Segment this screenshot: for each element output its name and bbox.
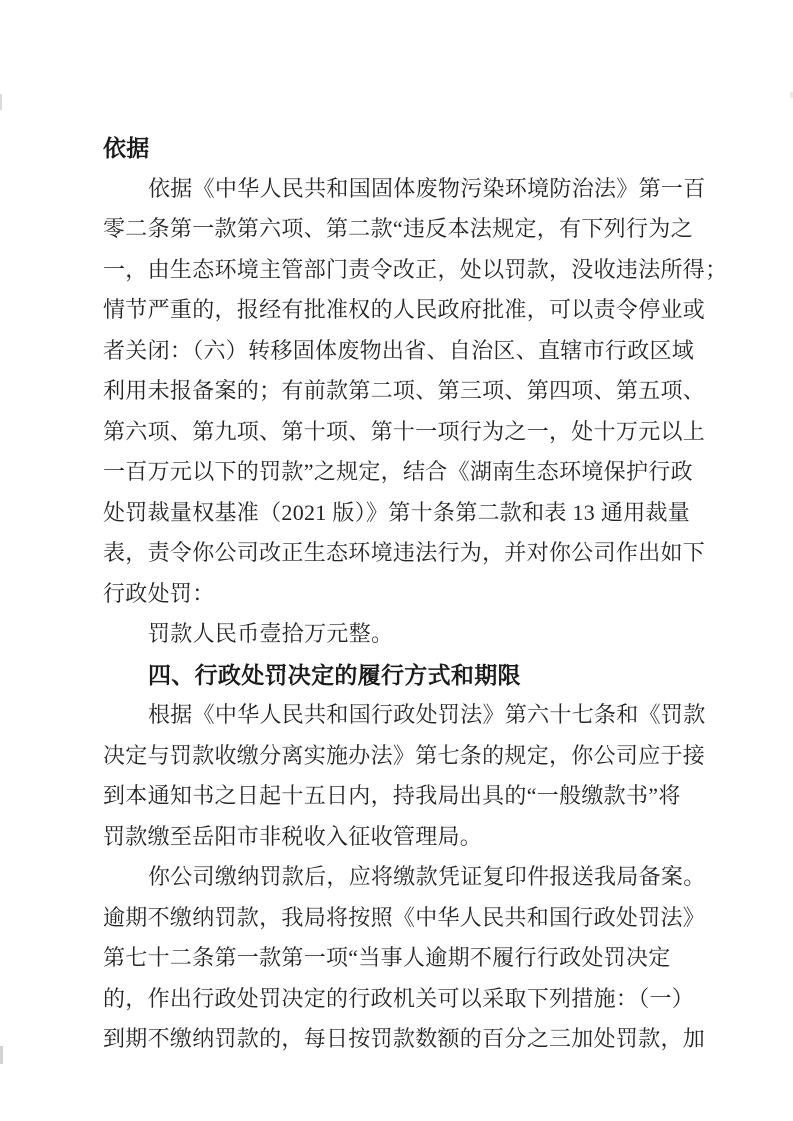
document-line: 利用未报备案的；有前款第二项、第三项、第四项、第五项、 <box>103 371 723 412</box>
document-line: 处罚裁量权基准（2021 版）》第十条第二款和表 13 通用裁量 <box>103 493 723 534</box>
document-line: 第六项、第九项、第十项、第十一项行为之一，处十万元以上 <box>103 412 723 453</box>
section-heading-line: 依据 <box>103 128 723 169</box>
document-line: 到本通知书之日起十五日内，持我局出具的“一般缴款书”将 <box>103 776 723 817</box>
section-heading-line: 四、行政处罚决定的履行方式和期限 <box>103 655 723 696</box>
scan-artifact-left-bottom <box>0 1046 3 1064</box>
scan-artifact-left-top <box>0 94 2 110</box>
document-line: 者关闭：（六）转移固体废物出省、自治区、直辖市行政区域 <box>103 331 723 372</box>
document-line: 你公司缴纳罚款后，应将缴款凭证复印件报送我局备案。 <box>103 857 723 898</box>
document-line: 表，责令你公司改正生态环境违法行为，并对你公司作出如下 <box>103 533 723 574</box>
document-page: 依据依据《中华人民共和国固体废物污染环境防治法》第一百零二条第一款第六项、第二款… <box>0 0 793 1121</box>
document-line: 的，作出行政处罚决定的行政机关可以采取下列措施：（一） <box>103 979 723 1020</box>
document-text-block: 依据依据《中华人民共和国固体废物污染环境防治法》第一百零二条第一款第六项、第二款… <box>103 128 723 1060</box>
document-line: 罚款人民币壹拾万元整。 <box>103 614 723 655</box>
document-line: 零二条第一款第六项、第二款“违反本法规定，有下列行为之 <box>103 209 723 250</box>
document-line: 根据《中华人民共和国行政处罚法》第六十七条和《罚款 <box>103 695 723 736</box>
document-line: 一百万元以下的罚款”之规定，结合《湖南生态环境保护行政 <box>103 452 723 493</box>
document-line: 逾期不缴纳罚款，我局将按照《中华人民共和国行政处罚法》 <box>103 898 723 939</box>
document-line: 第七十二条第一款第一项“当事人逾期不履行行政处罚决定 <box>103 938 723 979</box>
document-line: 到期不缴纳罚款的，每日按罚款数额的百分之三加处罚款，加 <box>103 1019 723 1060</box>
document-line: 依据《中华人民共和国固体废物污染环境防治法》第一百 <box>103 169 723 210</box>
document-line: 行政处罚： <box>103 574 723 615</box>
document-line: 决定与罚款收缴分离实施办法》第七条的规定，你公司应于接 <box>103 736 723 777</box>
document-line: 情节严重的，报经有批准权的人民政府批准，可以责令停业或 <box>103 290 723 331</box>
document-line: 罚款缴至岳阳市非税收入征收管理局。 <box>103 817 723 858</box>
document-line: 一，由生态环境主管部门责令改正，处以罚款，没收违法所得； <box>103 250 723 291</box>
